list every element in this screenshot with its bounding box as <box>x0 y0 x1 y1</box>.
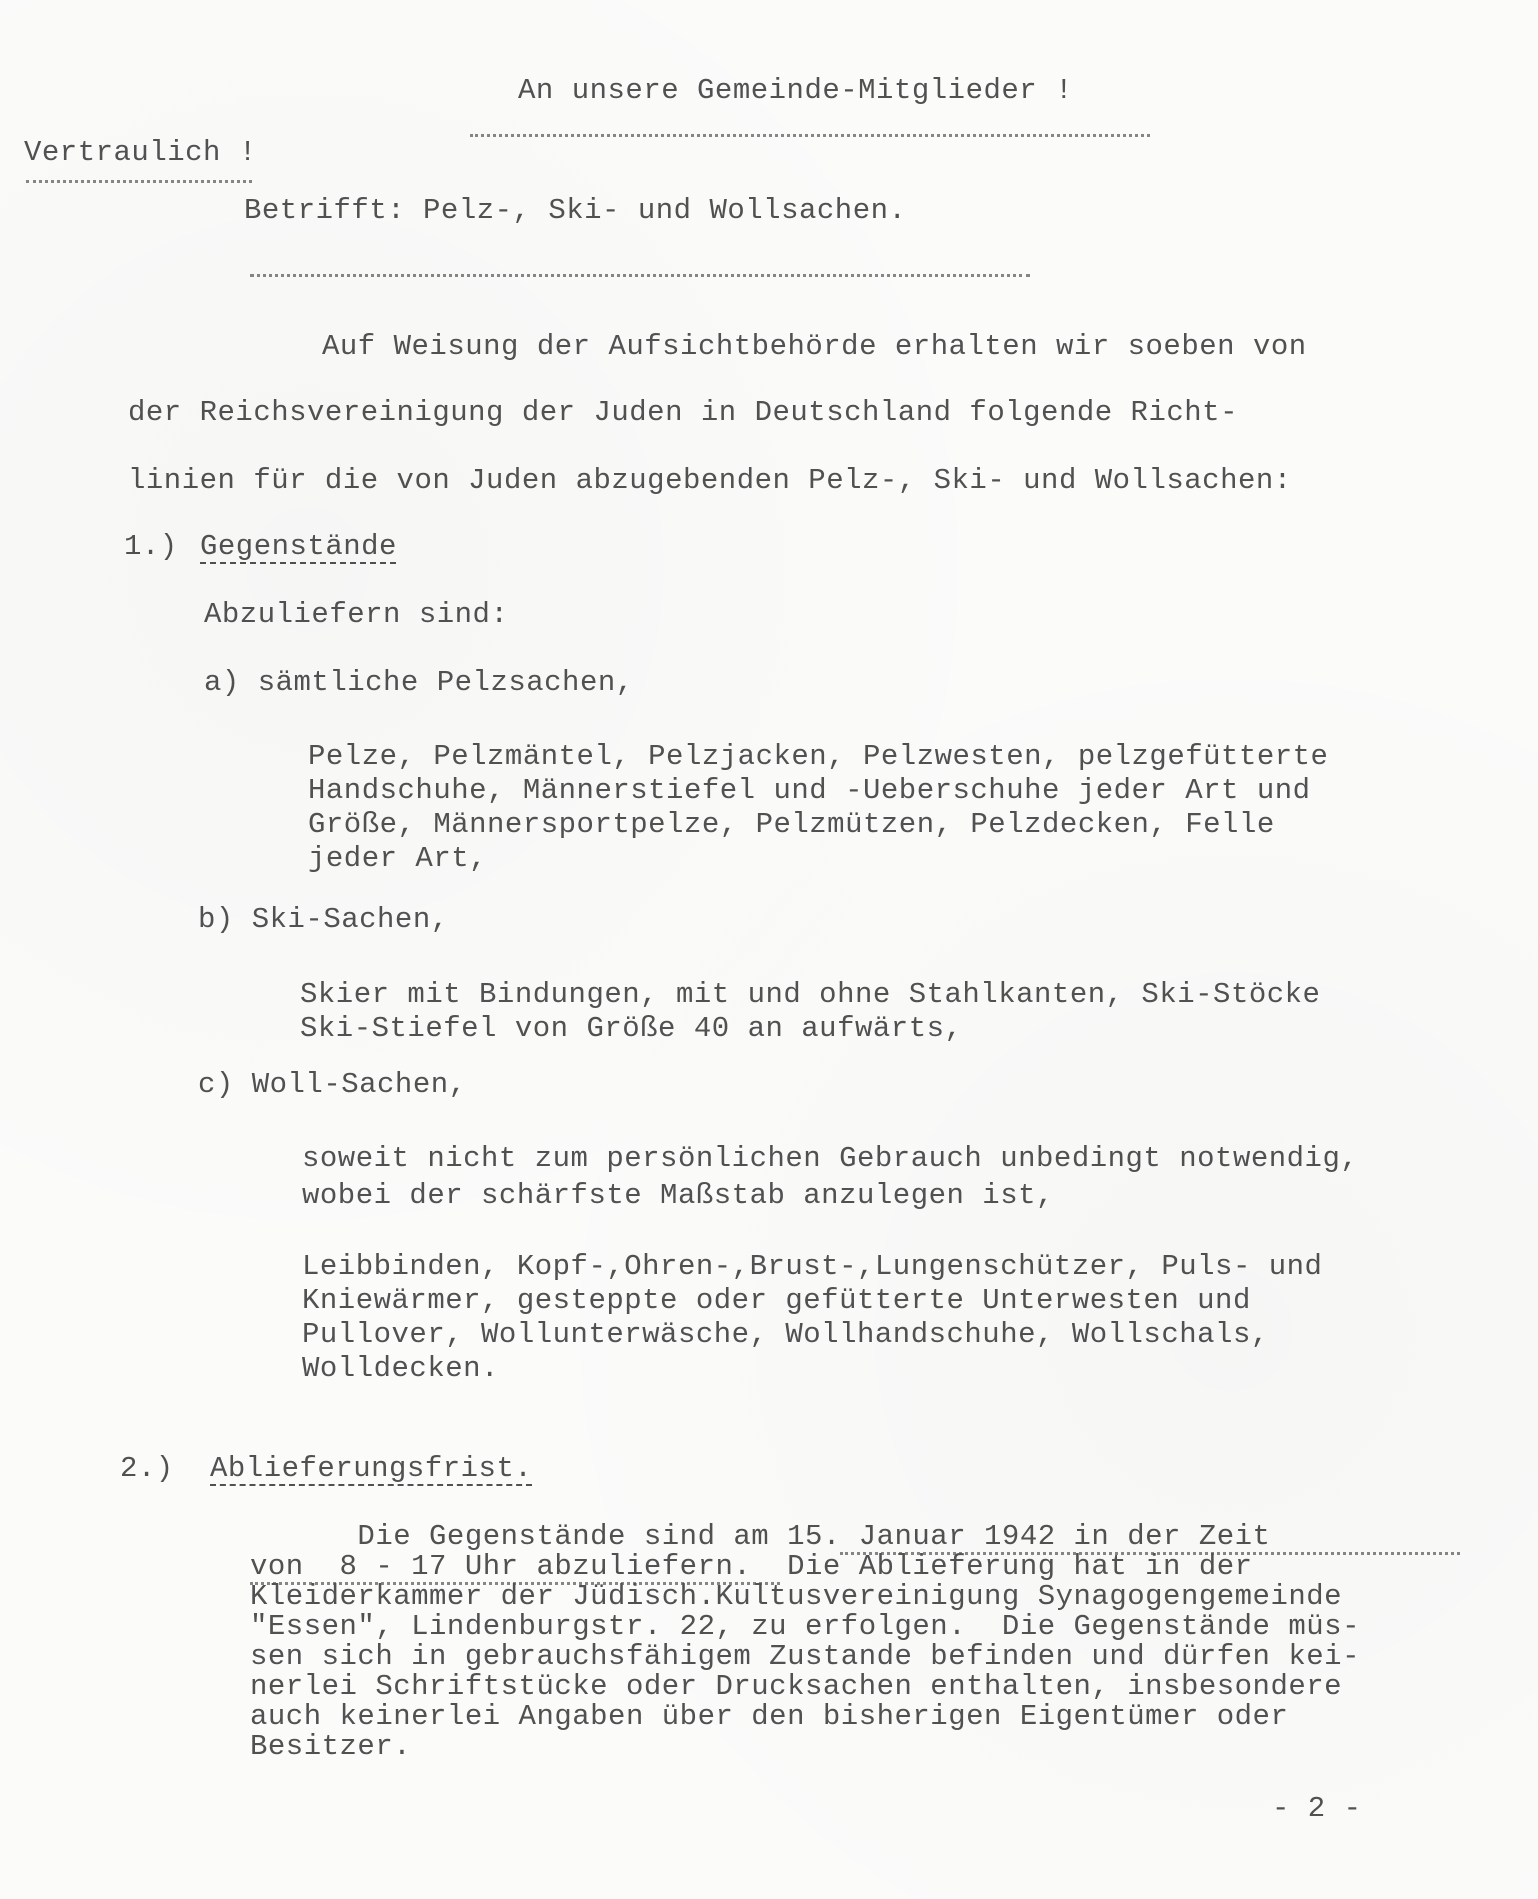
item-c-body: Leibbinden, Kopf-,Ohren-,Brust-,Lungensc… <box>302 1250 1322 1386</box>
document-title: An unsere Gemeinde-Mitglieder ! <box>518 76 1073 105</box>
item-a-body: Pelze, Pelzmäntel, Pelzjacken, Pelzweste… <box>308 740 1328 876</box>
section-1-number: 1.) <box>124 532 178 561</box>
confidential-label: Vertraulich ! <box>24 138 257 167</box>
subject-line: Betrifft: Pelz-, Ski- und Wollsachen. <box>244 196 906 225</box>
intro-line-2: der Reichsvereinigung der Juden in Deuts… <box>128 398 1238 427</box>
section-2-body: Die Gegenstände sind am 15. Januar 1942 … <box>250 1522 1360 1762</box>
item-b-body: Skier mit Bindungen, mit und ohne Stahlk… <box>300 978 1320 1046</box>
item-a-heading: a) sämtliche Pelzsachen, <box>204 668 634 697</box>
item-c-condition: soweit nicht zum persönlichen Gebrauch u… <box>302 1140 1358 1214</box>
section-1-intro: Abzuliefern sind: <box>204 600 508 629</box>
item-c-heading: c) Woll-Sachen, <box>198 1070 467 1099</box>
section-2-number: 2.) <box>120 1454 174 1483</box>
intro-line-1: Auf Weisung der Aufsichtbehörde erhalten… <box>322 332 1307 361</box>
title-underline <box>470 134 1150 137</box>
item-b-heading: b) Ski-Sachen, <box>198 905 449 934</box>
document-page: An unsere Gemeinde-Mitglieder ! Vertraul… <box>0 0 1538 1899</box>
page-number: - 2 - <box>1272 1794 1362 1823</box>
subject-underline <box>250 274 1030 277</box>
date-underline <box>840 1552 1460 1555</box>
section-2-heading: Ablieferungsfrist. <box>210 1454 532 1483</box>
confidential-underline <box>26 180 252 183</box>
section-1-heading: Gegenstände <box>200 532 397 561</box>
intro-line-3: linien für die von Juden abzugebenden Pe… <box>128 466 1292 495</box>
time-underline <box>250 1582 780 1585</box>
